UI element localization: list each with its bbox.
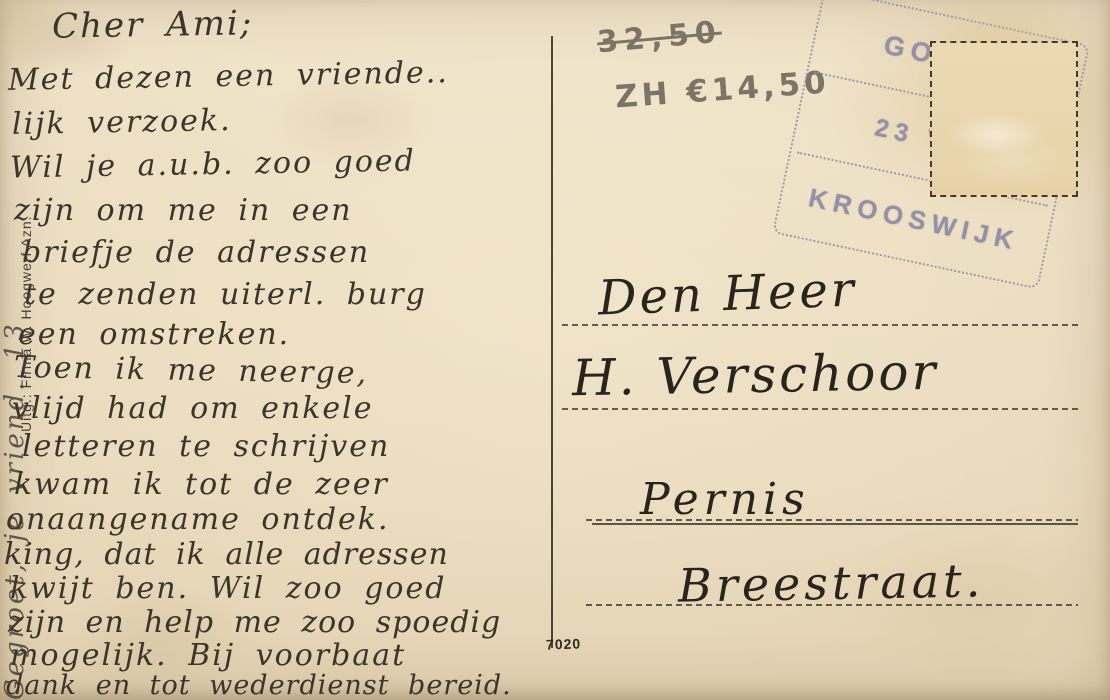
message-line: king, dat ik alle adressen xyxy=(4,540,449,570)
message-line: zijn om me in een xyxy=(14,196,353,226)
print-number: 7020 xyxy=(546,635,582,652)
address-rule-2 xyxy=(562,408,1078,410)
stamp-box xyxy=(930,41,1078,197)
message-line: Wil je a.u.b. zoo goed xyxy=(10,146,416,183)
margin-handwritten-note: Gegroet, je vriend. 13 xyxy=(0,321,30,700)
message-line: letteren te schrijven xyxy=(22,432,390,462)
address-town: Pernis xyxy=(640,474,810,525)
address-divider-line xyxy=(551,36,553,648)
message-line: briefje de adressen xyxy=(22,238,370,268)
address-recipient-name: H. Verschoor xyxy=(572,343,939,407)
address-rule-3 xyxy=(586,519,1078,521)
message-line: kwijt ben. Wil zoo goed xyxy=(10,574,446,604)
message-line: vlijd had om enkele xyxy=(12,394,374,424)
address-underline xyxy=(592,523,1078,525)
address-recipient-title: Den Heer xyxy=(597,262,857,327)
message-line: te zenden uiterl. burg xyxy=(24,280,427,310)
address-rule-1 xyxy=(562,324,1078,326)
message-line: onaangename ontdek. xyxy=(6,505,390,535)
address-rule-4 xyxy=(586,604,1078,606)
message-line: lijk verzoek. xyxy=(12,106,232,140)
message-line: Cher Ami; xyxy=(52,6,254,44)
message-line: zijn en help me zoo spoedig xyxy=(8,608,501,638)
message-line: mogelijk. Bij voorbaat xyxy=(10,641,406,671)
message-line: dank en tot wederdienst bereid. xyxy=(6,672,512,699)
message-line: een omstreken. xyxy=(18,320,290,350)
message-line: kwam ik tot de zeer xyxy=(14,470,389,500)
message-line: Met dezen een vriende.. xyxy=(8,58,449,96)
message-line: Toen ik me neerge, xyxy=(14,353,369,389)
